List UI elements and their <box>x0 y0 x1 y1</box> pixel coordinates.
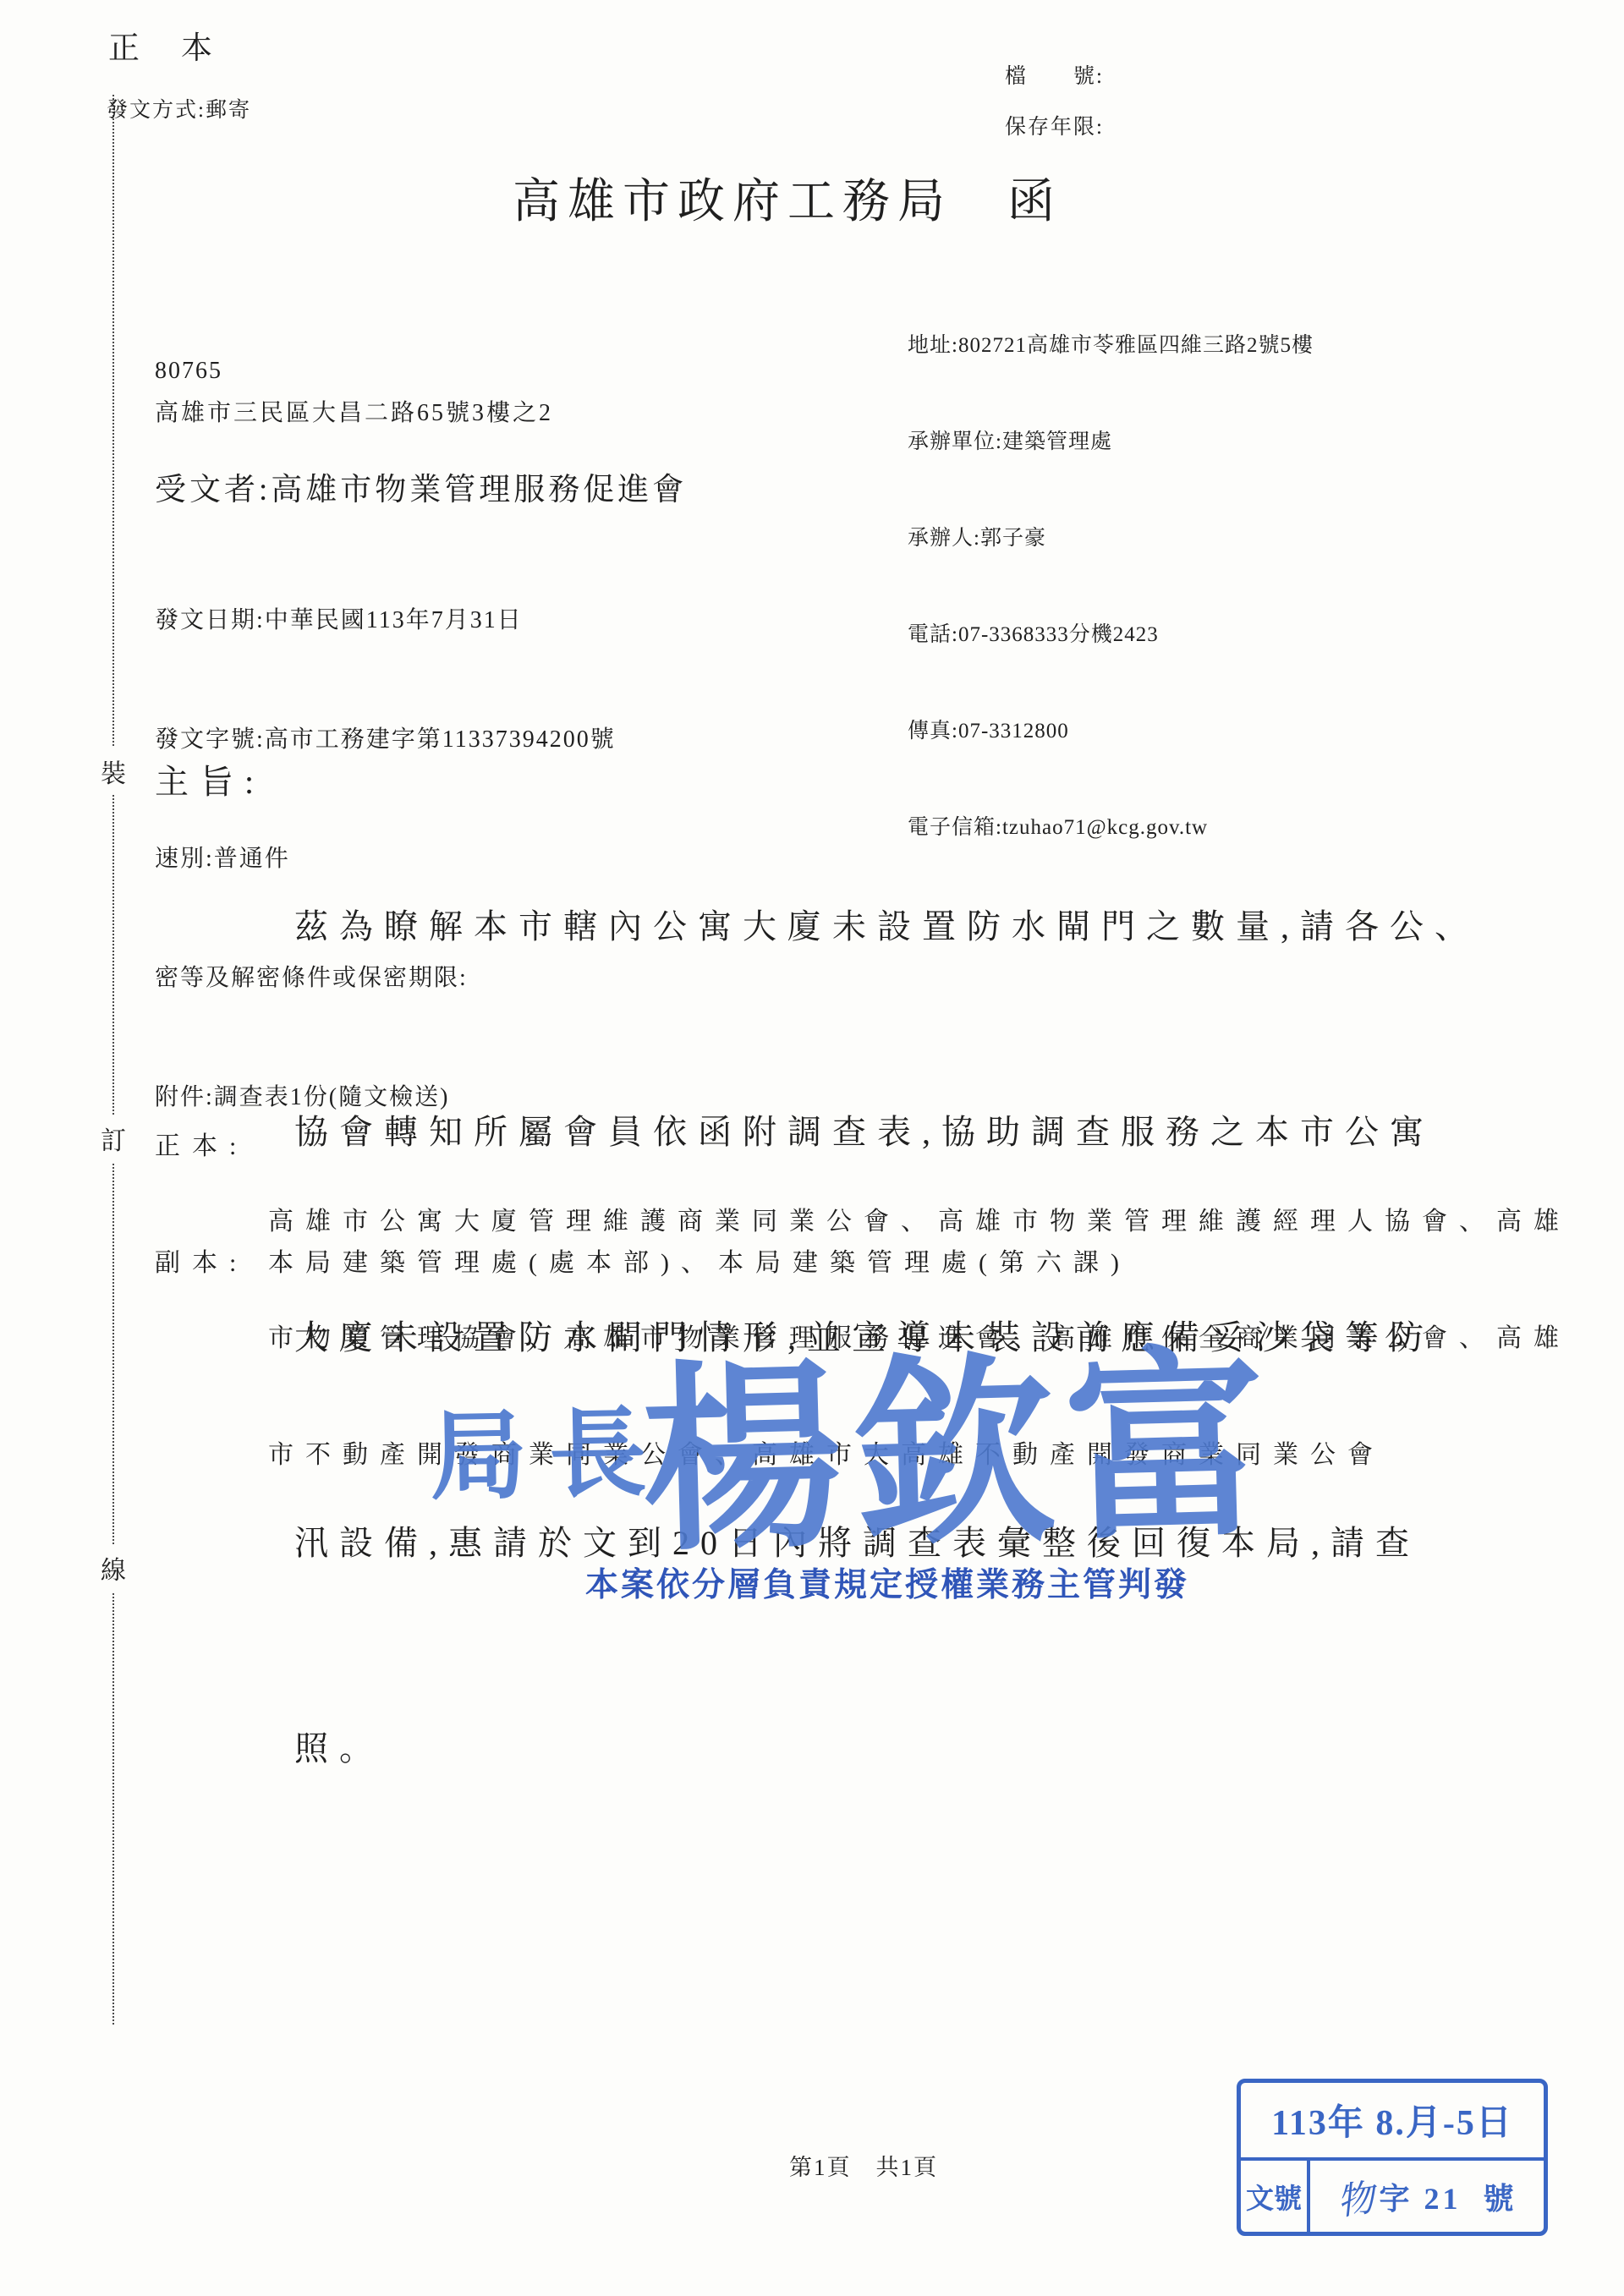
file-number-label: 檔 號: <box>1005 59 1104 90</box>
stamp-docno-printed: 字 21 號 <box>1379 2175 1517 2218</box>
director-name-stamp: 楊欽富 <box>638 1284 1280 1590</box>
recipient-zip: 80765 <box>155 358 222 385</box>
cc-copies-line: 本局建築管理處(處本部)、本局建築管理處(第六課) <box>268 1241 1131 1279</box>
agency-address: 地址:802721高雄市苓雅區四維三路2號5樓 <box>908 330 1314 362</box>
agency-phone: 電話:07-3368333分機2423 <box>908 619 1314 651</box>
stamp-docno-row: 文號 物字 21 號 <box>1241 2161 1544 2232</box>
subject-line: 茲為瞭解本市轄內公寓大廈未設置防水閘門之數量,請各公、 <box>294 892 1479 961</box>
binding-dotted-line <box>112 95 114 2025</box>
delivery-method: 發文方式:郵寄 <box>107 93 251 123</box>
binding-char-xian: 線 <box>96 1544 130 1592</box>
stamp-docno-label: 文號 <box>1241 2161 1310 2232</box>
binding-char-ding: 訂 <box>96 1115 130 1162</box>
stamp-date: 113年 8.月-5日 <box>1241 2083 1544 2161</box>
stamp-docno-value: 物字 21 號 <box>1310 2161 1544 2232</box>
page-number: 第1頁 共1頁 <box>789 2149 938 2182</box>
copy-type-label: 正 本 <box>108 22 217 68</box>
stamp-docno-handwritten-char: 物 <box>1333 2167 1380 2226</box>
original-copies-line: 高雄市公寓大廈管理維護商業同業公會、高雄市物業管理維護經理人協會、高雄 <box>268 1203 1571 1241</box>
recipient-street: 高雄市三民區大昌二路65號3樓之2 <box>155 394 553 428</box>
issue-number: 發文字號:高市工務建字第11337394200號 <box>155 720 616 759</box>
subject-line: 照。 <box>294 1714 1479 1783</box>
cc-copies-label: 副本: <box>155 1241 248 1279</box>
retention-period-label: 保存年限: <box>1005 110 1104 140</box>
director-title-stamp: 局長 <box>429 1375 670 1519</box>
original-copies-label: 正本: <box>155 1125 248 1162</box>
agency-unit: 承辦單位:建築管理處 <box>908 426 1314 458</box>
subject-label: 主旨: <box>155 755 265 803</box>
agency-fax: 傳真:07-3312800 <box>908 715 1314 748</box>
agency-person: 承辦人:郭子豪 <box>908 523 1314 555</box>
scanned-official-letter: 裝 訂 線 正 本 發文方式:郵寄 檔 號: 保存年限: 高雄市政府工務局 函 … <box>0 0 1624 2296</box>
received-date-stamp: 113年 8.月-5日 文號 物字 21 號 <box>1237 2079 1548 2236</box>
document-title: 高雄市政府工務局 函 <box>513 164 1062 232</box>
binding-char-zhuang: 裝 <box>96 748 130 795</box>
authorization-note-stamp: 本案依分層負責規定授權業務主管判發 <box>585 1559 1189 1606</box>
recipient-line: 受文者:高雄市物業管理服務促進會 <box>155 463 687 509</box>
issue-date: 發文日期:中華民國113年7月31日 <box>155 600 616 640</box>
